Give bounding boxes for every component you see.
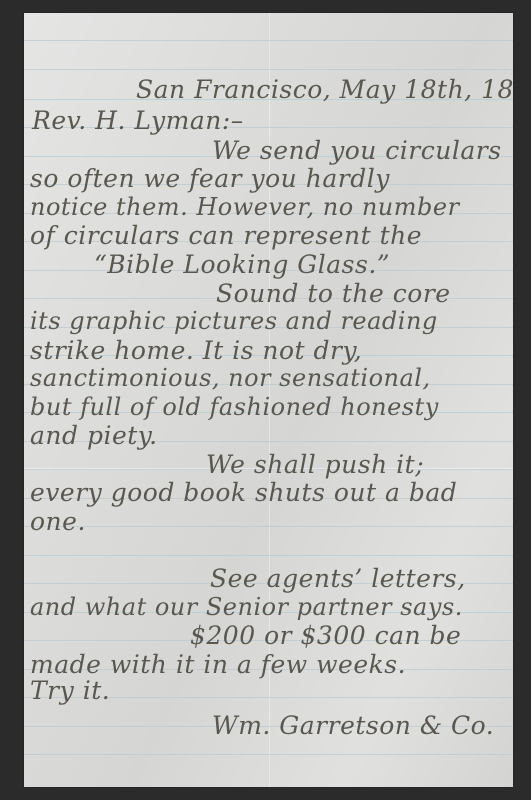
body-line: of circulars can represent the [30, 223, 422, 248]
ruled-line [24, 526, 513, 527]
salutation: Rev. H. Lyman:– [32, 108, 244, 133]
dateline: San Francisco, May 18th, 187– [136, 77, 513, 102]
letter-page: San Francisco, May 18th, 187– Rev. H. Ly… [24, 13, 513, 787]
body-line: but full of old fashioned honesty [30, 395, 439, 419]
body-line: one. [30, 509, 86, 534]
body-line: notice them. However, no number [30, 195, 460, 219]
signature: Wm. Garretson & Co. [212, 713, 494, 738]
body-line: every good book shuts out a bad [30, 480, 457, 505]
body-line: We send you circulars [212, 138, 502, 163]
body-line: made with it in a few weeks. [30, 652, 406, 677]
ruled-line [24, 754, 513, 755]
body-line: strike home. It is not dry, [30, 338, 362, 363]
ruled-line [24, 69, 513, 70]
body-line: sanctimonious, nor sensational, [30, 366, 431, 390]
body-line: Sound to the core [216, 281, 451, 306]
body-line-book-title: “Bible Looking Glass.” [94, 252, 390, 277]
body-line: so often we fear you hardly [30, 166, 390, 191]
body-line: its graphic pictures and reading [30, 309, 438, 333]
body-line: and piety. [30, 423, 158, 448]
body-line: $200 or $300 can be [190, 623, 461, 648]
body-line: We shall push it; [206, 452, 424, 477]
body-line: See agents’ letters, [210, 566, 466, 591]
ruled-line [24, 555, 513, 556]
body-line: and what our Senior partner says. [30, 595, 463, 619]
body-line: Try it. [30, 678, 110, 703]
ruled-line [24, 40, 513, 41]
